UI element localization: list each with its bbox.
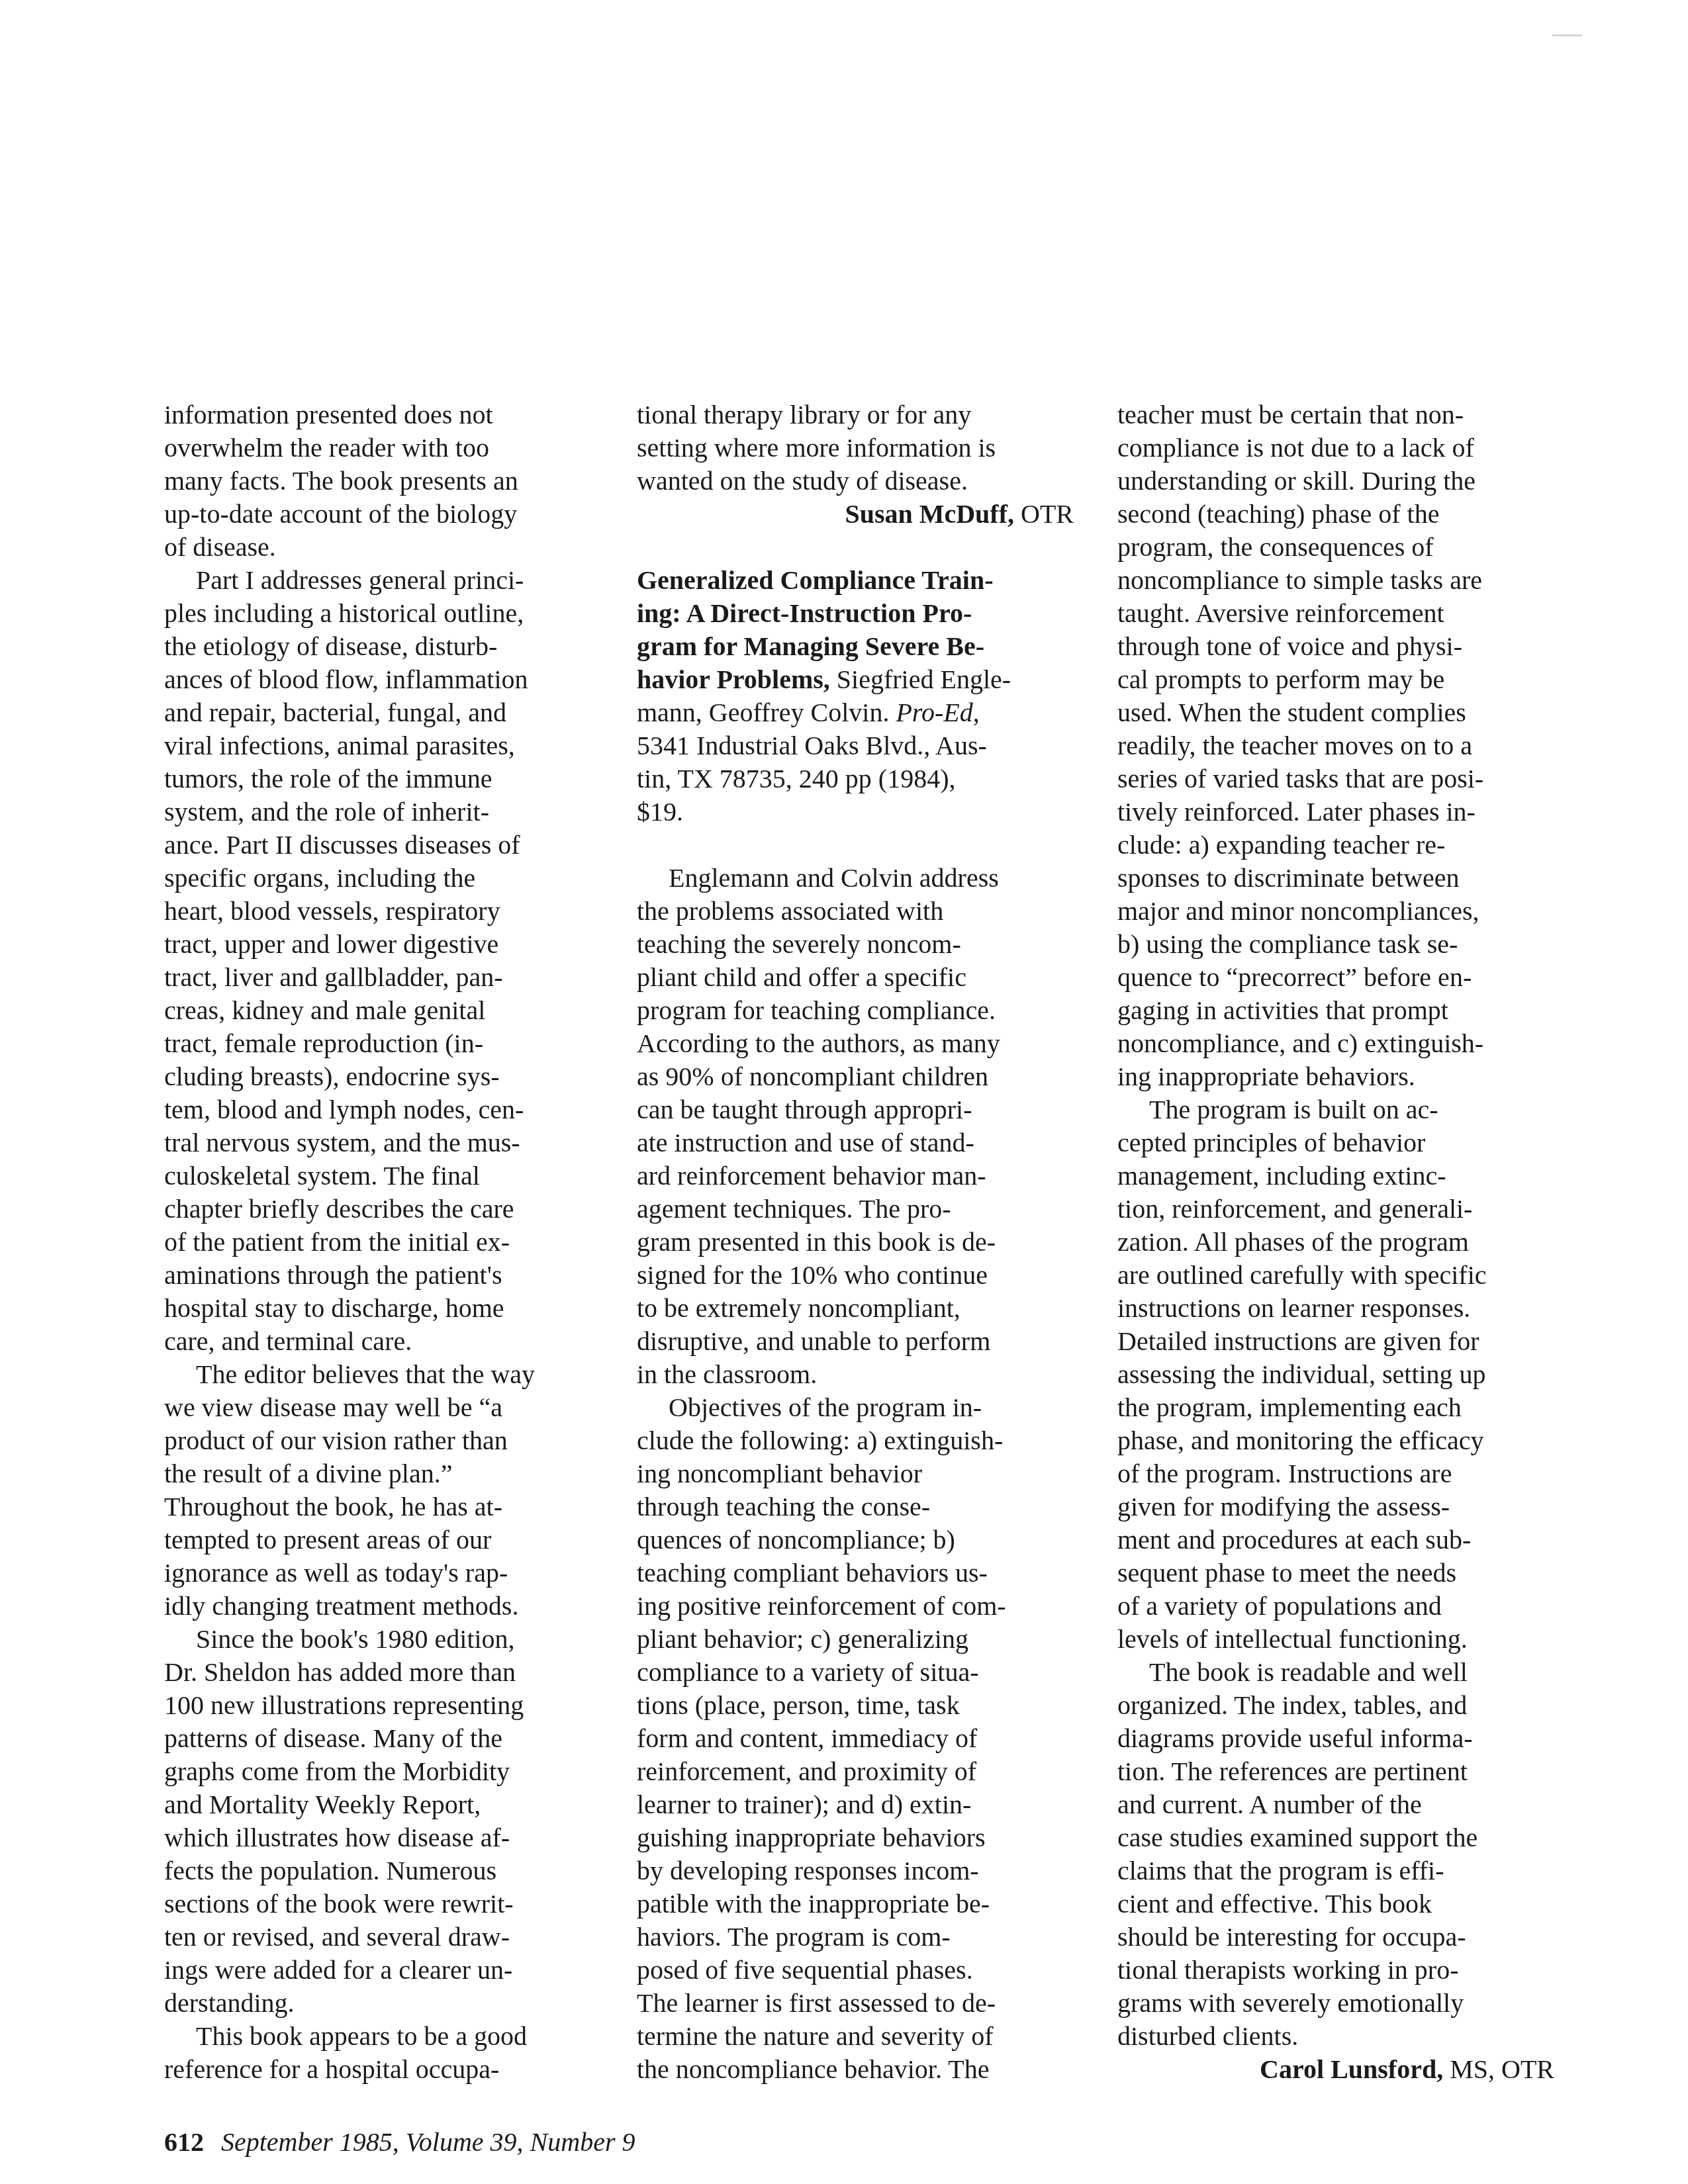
text-line: tem, blood and lymph nodes, cen-: [164, 1093, 601, 1126]
text-line: through teaching the conse-: [637, 1490, 1074, 1524]
text-line: major and minor noncompliances,: [1117, 895, 1554, 928]
text-line: sections of the book were rewrit-: [164, 1888, 601, 1921]
text-line: culoskeletal system. The final: [164, 1160, 601, 1193]
text-line: many facts. The book presents an: [164, 465, 601, 498]
paragraph-start-line: Since the book's 1980 edition,: [164, 1623, 601, 1656]
text-line: the result of a divine plan.”: [164, 1457, 601, 1490]
text-line: b) using the compliance task se-: [1117, 928, 1554, 961]
text-line: tion, reinforcement, and generali-: [1117, 1193, 1554, 1226]
text-line: ances of blood flow, inflammation: [164, 663, 601, 696]
text-line: ing noncompliant behavior: [637, 1457, 1074, 1490]
text-line: pliant behavior; c) generalizing: [637, 1623, 1074, 1656]
text-line: program, the consequences of: [1117, 531, 1554, 564]
text-line: zation. All phases of the program: [1117, 1226, 1554, 1259]
text-line: compliance to a variety of situa-: [637, 1656, 1074, 1689]
text-line: pliant child and offer a specific: [637, 961, 1074, 994]
citation-line: mann, Geoffrey Colvin. Pro-Ed,: [637, 696, 1074, 729]
text-line: the noncompliance behavior. The: [637, 2053, 1074, 2086]
text-line: tumors, the role of the immune: [164, 762, 601, 796]
text-line: organized. The index, tables, and: [1117, 1689, 1554, 1722]
text-line: noncompliance, and c) extinguish-: [1117, 1027, 1554, 1060]
text-line: overwhelm the reader with too: [164, 432, 601, 465]
text-line: ten or revised, and several draw-: [164, 1921, 601, 1954]
text-line: quences of noncompliance; b): [637, 1524, 1074, 1557]
text-line: by developing responses incom-: [637, 1854, 1074, 1888]
publisher: Pro-Ed: [896, 698, 972, 727]
text-line: of a variety of populations and: [1117, 1590, 1554, 1623]
text-line: cal prompts to perform may be: [1117, 663, 1554, 696]
reviewer-name: Susan McDuff,: [845, 499, 1014, 529]
book-title-line: ing: A Direct-Instruction Pro-: [637, 597, 1074, 630]
review-body: Englemann and Colvin addressthe problems…: [637, 862, 1074, 2086]
text-line: the problems associated with: [637, 895, 1074, 928]
text-line: aminations through the patient's: [164, 1259, 601, 1292]
text-line: According to the authors, as many: [637, 1027, 1074, 1060]
text-line: setting where more information is: [637, 432, 1074, 465]
paragraph-start-line: Englemann and Colvin address: [637, 862, 1074, 895]
text-line: guishing inappropriate behaviors: [637, 1821, 1074, 1854]
issue-info: September 1985, Volume 39, Number 9: [221, 2127, 635, 2157]
text-line: disruptive, and unable to perform: [637, 1325, 1074, 1358]
text-line: of the program. Instructions are: [1117, 1457, 1554, 1490]
text-line: should be interesting for occupa-: [1117, 1921, 1554, 1954]
text-line: product of our vision rather than: [164, 1424, 601, 1457]
text-line: 100 new illustrations representing: [164, 1689, 601, 1722]
page-number: 612: [164, 2127, 204, 2157]
text-line: the etiology of disease, disturb-: [164, 630, 601, 663]
text-line: Throughout the book, he has at-: [164, 1490, 601, 1524]
text-line: ate instruction and use of stand-: [637, 1126, 1074, 1160]
reviewer-signature-mcduff: Susan McDuff, OTR: [637, 498, 1074, 531]
text-line: tral nervous system, and the mus-: [164, 1126, 601, 1160]
text-line: tional therapists working in pro-: [1117, 1954, 1554, 1987]
text-line: grams with severely emotionally: [1117, 1987, 1554, 2020]
scan-artifact-mark: [1552, 34, 1582, 36]
paragraph-start-line: This book appears to be a good: [164, 2020, 601, 2053]
reviewer-name: Carol Lunsford,: [1260, 2054, 1443, 2084]
text-line: through tone of voice and physi-: [1117, 630, 1554, 663]
text-line: second (teaching) phase of the: [1117, 498, 1554, 531]
text-line: patible with the inappropriate be-: [637, 1888, 1074, 1921]
text-line: and current. A number of the: [1117, 1788, 1554, 1821]
text-line: in the classroom.: [637, 1358, 1074, 1391]
reviewer-credentials: MS, OTR: [1443, 2054, 1554, 2084]
text-line: as 90% of noncompliant children: [637, 1060, 1074, 1093]
paragraph-start-line: The editor believes that the way: [164, 1358, 601, 1391]
book-title-line: gram for Managing Severe Be-: [637, 630, 1074, 663]
text-line: readily, the teacher moves on to a: [1117, 729, 1554, 762]
text-line: disturbed clients.: [1117, 2020, 1554, 2053]
text-line: creas, kidney and male genital: [164, 994, 601, 1027]
text-line: the program, implementing each: [1117, 1391, 1554, 1424]
text-line: Detailed instructions are given for: [1117, 1325, 1554, 1358]
text-line: sequent phase to meet the needs: [1117, 1557, 1554, 1590]
column-3: teacher must be certain that non-complia…: [1117, 398, 1554, 2086]
text-line: of disease.: [164, 531, 601, 564]
section-gap: [637, 829, 1074, 862]
punctuation: ,: [973, 698, 980, 727]
text-line: tion. The references are pertinent: [1117, 1755, 1554, 1788]
text-line: up-to-date account of the biology: [164, 498, 601, 531]
text-line: care, and terminal care.: [164, 1325, 601, 1358]
text-line: which illustrates how disease af-: [164, 1821, 601, 1854]
text-line: and Mortality Weekly Report,: [164, 1788, 601, 1821]
text-line: derstanding.: [164, 1987, 601, 2020]
text-line: graphs come from the Morbidity: [164, 1755, 601, 1788]
text-line: system, and the role of inherit-: [164, 796, 601, 829]
text-line: reinforcement, and proximity of: [637, 1755, 1074, 1788]
text-line: cepted principles of behavior: [1117, 1126, 1554, 1160]
text-line: tract, upper and lower digestive: [164, 928, 601, 961]
paragraph-start-line: The program is built on ac-: [1117, 1093, 1554, 1126]
text-line: can be taught through appropri-: [637, 1093, 1074, 1126]
text-line: phase, and monitoring the efficacy: [1117, 1424, 1554, 1457]
book-title-line: Generalized Compliance Train-: [637, 564, 1074, 597]
text-line: instructions on learner responses.: [1117, 1292, 1554, 1325]
text-line: series of varied tasks that are posi-: [1117, 762, 1554, 796]
text-line: gram presented in this book is de-: [637, 1226, 1074, 1259]
book-price: $19.: [637, 796, 1074, 829]
text-line: teaching compliant behaviors us-: [637, 1557, 1074, 1590]
text-line: ing inappropriate behaviors.: [1117, 1060, 1554, 1093]
text-line: claims that the program is effi-: [1117, 1854, 1554, 1888]
text-line: sponses to discriminate between: [1117, 862, 1554, 895]
paragraph-start-line: Objectives of the program in-: [637, 1391, 1074, 1424]
text-line: gaging in activities that prompt: [1117, 994, 1554, 1027]
text-line: viral infections, animal parasites,: [164, 729, 601, 762]
text-line: tract, female reproduction (in-: [164, 1027, 601, 1060]
book-authors-cont: mann, Geoffrey Colvin.: [637, 698, 896, 727]
text-line: assessing the individual, setting up: [1117, 1358, 1554, 1391]
book-citation: Generalized Compliance Train- ing: A Dir…: [637, 564, 1074, 829]
text-line: teaching the severely noncom-: [637, 928, 1074, 961]
page-footer: 612September 1985, Volume 39, Number 9: [164, 2126, 635, 2159]
text-line: ance. Part II discusses diseases of: [164, 829, 601, 862]
book-authors: Siegfried Engle-: [830, 664, 1011, 694]
text-line: teacher must be certain that non-: [1117, 398, 1554, 432]
text-line: termine the nature and severity of: [637, 2020, 1074, 2053]
text-line: ignorance as well as today's rap-: [164, 1557, 601, 1590]
text-line: The learner is first assessed to de-: [637, 1987, 1074, 2020]
text-line: cient and effective. This book: [1117, 1888, 1554, 1921]
text-line: signed for the 10% who continue: [637, 1259, 1074, 1292]
text-line: management, including extinc-: [1117, 1160, 1554, 1193]
text-line: diagrams provide useful informa-: [1117, 1722, 1554, 1755]
text-line: are outlined carefully with specific: [1117, 1259, 1554, 1292]
text-line: posed of five sequential phases.: [637, 1954, 1074, 1987]
text-line: levels of intellectual functioning.: [1117, 1623, 1554, 1656]
text-line: given for modifying the assess-: [1117, 1490, 1554, 1524]
text-line: patterns of disease. Many of the: [164, 1722, 601, 1755]
text-line: wanted on the study of disease.: [637, 465, 1074, 498]
text-line: clude the following: a) extinguish-: [637, 1424, 1074, 1457]
text-line: tempted to present areas of our: [164, 1524, 601, 1557]
text-line: agement techniques. The pro-: [637, 1193, 1074, 1226]
text-line: clude: a) expanding teacher re-: [1117, 829, 1554, 862]
text-line: of the patient from the initial ex-: [164, 1226, 601, 1259]
text-line: chapter briefly describes the care: [164, 1193, 601, 1226]
text-line: haviors. The program is com-: [637, 1921, 1074, 1954]
text-line: quence to “precorrect” before en-: [1117, 961, 1554, 994]
review-body-continued: teacher must be certain that non-complia…: [1117, 398, 1554, 2053]
citation-line: 5341 Industrial Oaks Blvd., Aus-: [637, 729, 1074, 762]
citation-line: havior Problems, Siegfried Engle-: [637, 663, 1074, 696]
book-title-end: havior Problems,: [637, 664, 830, 694]
text-line: and repair, bacterial, fungal, and: [164, 696, 601, 729]
text-line: tract, liver and gallbladder, pan-: [164, 961, 601, 994]
text-line: case studies examined support the: [1117, 1821, 1554, 1854]
text-line: noncompliance to simple tasks are: [1117, 564, 1554, 597]
text-line: ples including a historical outline,: [164, 597, 601, 630]
text-line: ment and procedures at each sub-: [1117, 1524, 1554, 1557]
text-line: Dr. Sheldon has added more than: [164, 1656, 601, 1689]
text-line: ing positive reinforcement of com-: [637, 1590, 1074, 1623]
text-line: understanding or skill. During the: [1117, 465, 1554, 498]
reviewer-credentials: OTR: [1014, 499, 1074, 529]
text-line: information presented does not: [164, 398, 601, 432]
text-line: program for teaching compliance.: [637, 994, 1074, 1027]
reviewer-signature-lunsford: Carol Lunsford, MS, OTR: [1117, 2053, 1554, 2086]
text-line: we view disease may well be “a: [164, 1391, 601, 1424]
text-line: learner to trainer); and d) extin-: [637, 1788, 1074, 1821]
text-line: hospital stay to discharge, home: [164, 1292, 601, 1325]
text-line: tions (place, person, time, task: [637, 1689, 1074, 1722]
text-line: tional therapy library or for any: [637, 398, 1074, 432]
text-line: specific organs, including the: [164, 862, 601, 895]
text-line: fects the population. Numerous: [164, 1854, 601, 1888]
paragraph-start-line: Part I addresses general princi-: [164, 564, 601, 597]
text-line: heart, blood vessels, respiratory: [164, 895, 601, 928]
text-line: to be extremely noncompliant,: [637, 1292, 1074, 1325]
text-line: compliance is not due to a lack of: [1117, 432, 1554, 465]
column-2: tional therapy library or for any settin…: [637, 398, 1074, 2086]
text-line: used. When the student complies: [1117, 696, 1554, 729]
text-line: taught. Aversive reinforcement: [1117, 597, 1554, 630]
column-1: information presented does notoverwhelm …: [164, 398, 601, 2086]
text-line: tively reinforced. Later phases in-: [1117, 796, 1554, 829]
paragraph-start-line: The book is readable and well: [1117, 1656, 1554, 1689]
text-line: ings were added for a clearer un-: [164, 1954, 601, 1987]
text-line: cluding breasts), endocrine sys-: [164, 1060, 601, 1093]
text-line: idly changing treatment methods.: [164, 1590, 601, 1623]
text-line: reference for a hospital occupa-: [164, 2053, 601, 2086]
text-line: ard reinforcement behavior man-: [637, 1160, 1074, 1193]
text-line: form and content, immediacy of: [637, 1722, 1074, 1755]
section-gap: [637, 531, 1074, 564]
citation-line: tin, TX 78735, 240 pp (1984),: [637, 762, 1074, 796]
